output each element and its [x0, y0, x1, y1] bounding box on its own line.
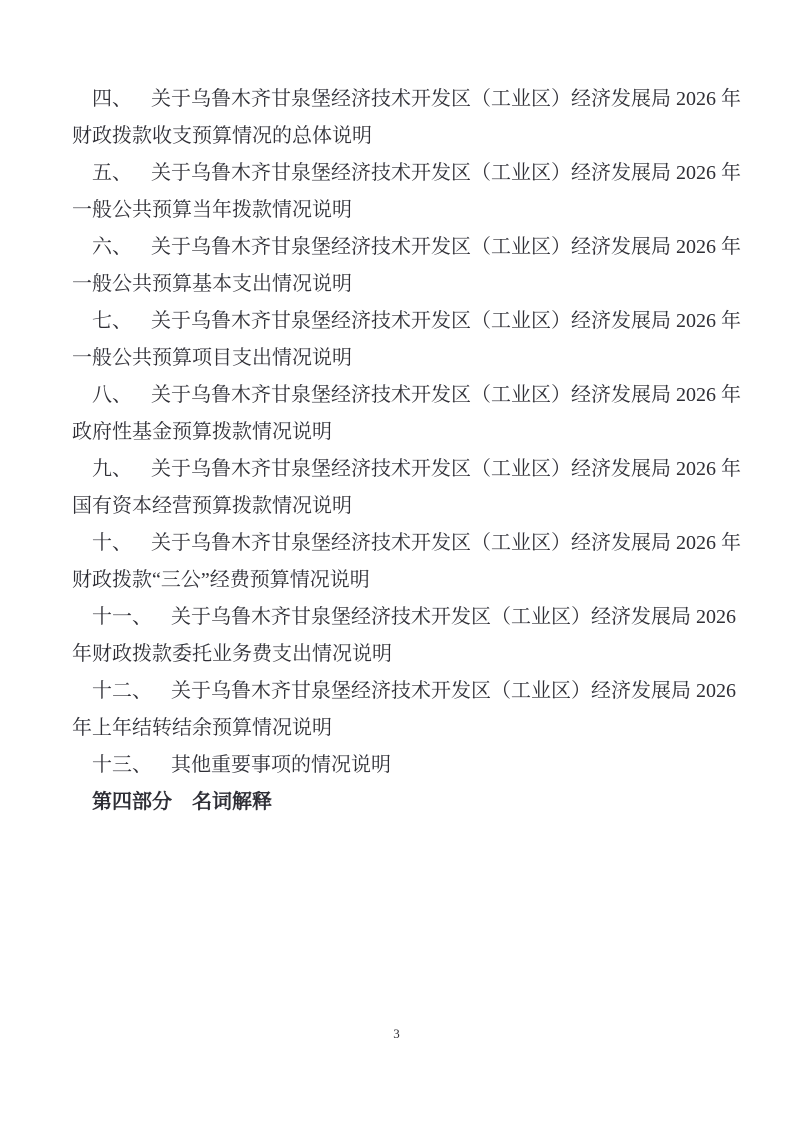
toc-item-line: 七、关于乌鲁木齐甘泉堡经济技术开发区（工业区）经济发展局 2026 年 — [72, 303, 722, 340]
document-page: 四、关于乌鲁木齐甘泉堡经济技术开发区（工业区）经济发展局 2026 年 财政拨款… — [0, 0, 793, 1122]
toc-item-line: 一般公共预算基本支出情况说明 — [72, 266, 722, 303]
toc-item-number: 六、 — [92, 236, 132, 258]
toc-item-text: 关于乌鲁木齐甘泉堡经济技术开发区（工业区）经济发展局 2026 年 — [151, 458, 741, 480]
toc-item-number: 十、 — [92, 532, 132, 554]
toc-item-line: 十、关于乌鲁木齐甘泉堡经济技术开发区（工业区）经济发展局 2026 年 — [72, 525, 722, 562]
toc-item: 八、关于乌鲁木齐甘泉堡经济技术开发区（工业区）经济发展局 2026 年 政府性基… — [72, 377, 722, 451]
toc-item-line: 年上年结转结余预算情况说明 — [72, 710, 722, 747]
toc-item-line: 财政拨款“三公”经费预算情况说明 — [72, 562, 722, 599]
toc-item-line: 财政拨款收支预算情况的总体说明 — [72, 118, 722, 155]
toc-item-line: 政府性基金预算拨款情况说明 — [72, 414, 722, 451]
toc-item-line: 年财政拨款委托业务费支出情况说明 — [72, 636, 722, 673]
toc-item-text: 关于乌鲁木齐甘泉堡经济技术开发区（工业区）经济发展局 2026 — [171, 680, 736, 702]
toc-item-line: 四、关于乌鲁木齐甘泉堡经济技术开发区（工业区）经济发展局 2026 年 — [72, 81, 722, 118]
toc-item-line: 十一、关于乌鲁木齐甘泉堡经济技术开发区（工业区）经济发展局 2026 — [72, 599, 722, 636]
toc-item-line: 九、关于乌鲁木齐甘泉堡经济技术开发区（工业区）经济发展局 2026 年 — [72, 451, 722, 488]
toc-item: 六、关于乌鲁木齐甘泉堡经济技术开发区（工业区）经济发展局 2026 年 一般公共… — [72, 229, 722, 303]
toc-item-number: 五、 — [92, 162, 132, 184]
toc-item-number: 七、 — [92, 310, 132, 332]
toc-item-line: 十三、其他重要事项的情况说明 — [72, 747, 722, 784]
toc-item-number: 八、 — [92, 384, 132, 406]
toc-item: 十、关于乌鲁木齐甘泉堡经济技术开发区（工业区）经济发展局 2026 年 财政拨款… — [72, 525, 722, 599]
toc-item-text: 关于乌鲁木齐甘泉堡经济技术开发区（工业区）经济发展局 2026 年 — [151, 384, 741, 406]
toc-item-number: 九、 — [92, 458, 132, 480]
toc-item: 十三、其他重要事项的情况说明 — [72, 747, 722, 784]
toc-item-number: 四、 — [92, 88, 132, 110]
toc-item-line: 十二、关于乌鲁木齐甘泉堡经济技术开发区（工业区）经济发展局 2026 — [72, 673, 722, 710]
toc-item-number: 十三、 — [92, 754, 152, 776]
toc-item-line: 八、关于乌鲁木齐甘泉堡经济技术开发区（工业区）经济发展局 2026 年 — [72, 377, 722, 414]
toc-item-text: 关于乌鲁木齐甘泉堡经济技术开发区（工业区）经济发展局 2026 年 — [151, 88, 741, 110]
toc-item-text: 关于乌鲁木齐甘泉堡经济技术开发区（工业区）经济发展局 2026 年 — [151, 532, 741, 554]
toc-item: 七、关于乌鲁木齐甘泉堡经济技术开发区（工业区）经济发展局 2026 年 一般公共… — [72, 303, 722, 377]
toc-item: 九、关于乌鲁木齐甘泉堡经济技术开发区（工业区）经济发展局 2026 年 国有资本… — [72, 451, 722, 525]
toc-item-text: 关于乌鲁木齐甘泉堡经济技术开发区（工业区）经济发展局 2026 年 — [151, 310, 741, 332]
toc-item-line: 一般公共预算当年拨款情况说明 — [72, 192, 722, 229]
toc-item: 十一、关于乌鲁木齐甘泉堡经济技术开发区（工业区）经济发展局 2026 年财政拨款… — [72, 599, 722, 673]
toc-item-line: 六、关于乌鲁木齐甘泉堡经济技术开发区（工业区）经济发展局 2026 年 — [72, 229, 722, 266]
toc-item-line: 国有资本经营预算拨款情况说明 — [72, 488, 722, 525]
page-number: 3 — [0, 1026, 793, 1042]
toc-item-text: 关于乌鲁木齐甘泉堡经济技术开发区（工业区）经济发展局 2026 年 — [151, 162, 741, 184]
toc-content: 四、关于乌鲁木齐甘泉堡经济技术开发区（工业区）经济发展局 2026 年 财政拨款… — [72, 81, 722, 821]
toc-item-number: 十二、 — [92, 680, 152, 702]
toc-item: 五、关于乌鲁木齐甘泉堡经济技术开发区（工业区）经济发展局 2026 年 一般公共… — [72, 155, 722, 229]
section-heading: 第四部分 名词解释 — [72, 784, 722, 821]
toc-item-line: 一般公共预算项目支出情况说明 — [72, 340, 722, 377]
toc-item: 四、关于乌鲁木齐甘泉堡经济技术开发区（工业区）经济发展局 2026 年 财政拨款… — [72, 81, 722, 155]
toc-item-line: 五、关于乌鲁木齐甘泉堡经济技术开发区（工业区）经济发展局 2026 年 — [72, 155, 722, 192]
toc-item-number: 十一、 — [92, 606, 152, 628]
toc-item-text: 关于乌鲁木齐甘泉堡经济技术开发区（工业区）经济发展局 2026 — [171, 606, 736, 628]
toc-item: 十二、关于乌鲁木齐甘泉堡经济技术开发区（工业区）经济发展局 2026 年上年结转… — [72, 673, 722, 747]
toc-item-text: 关于乌鲁木齐甘泉堡经济技术开发区（工业区）经济发展局 2026 年 — [151, 236, 741, 258]
toc-item-text: 其他重要事项的情况说明 — [171, 754, 391, 776]
